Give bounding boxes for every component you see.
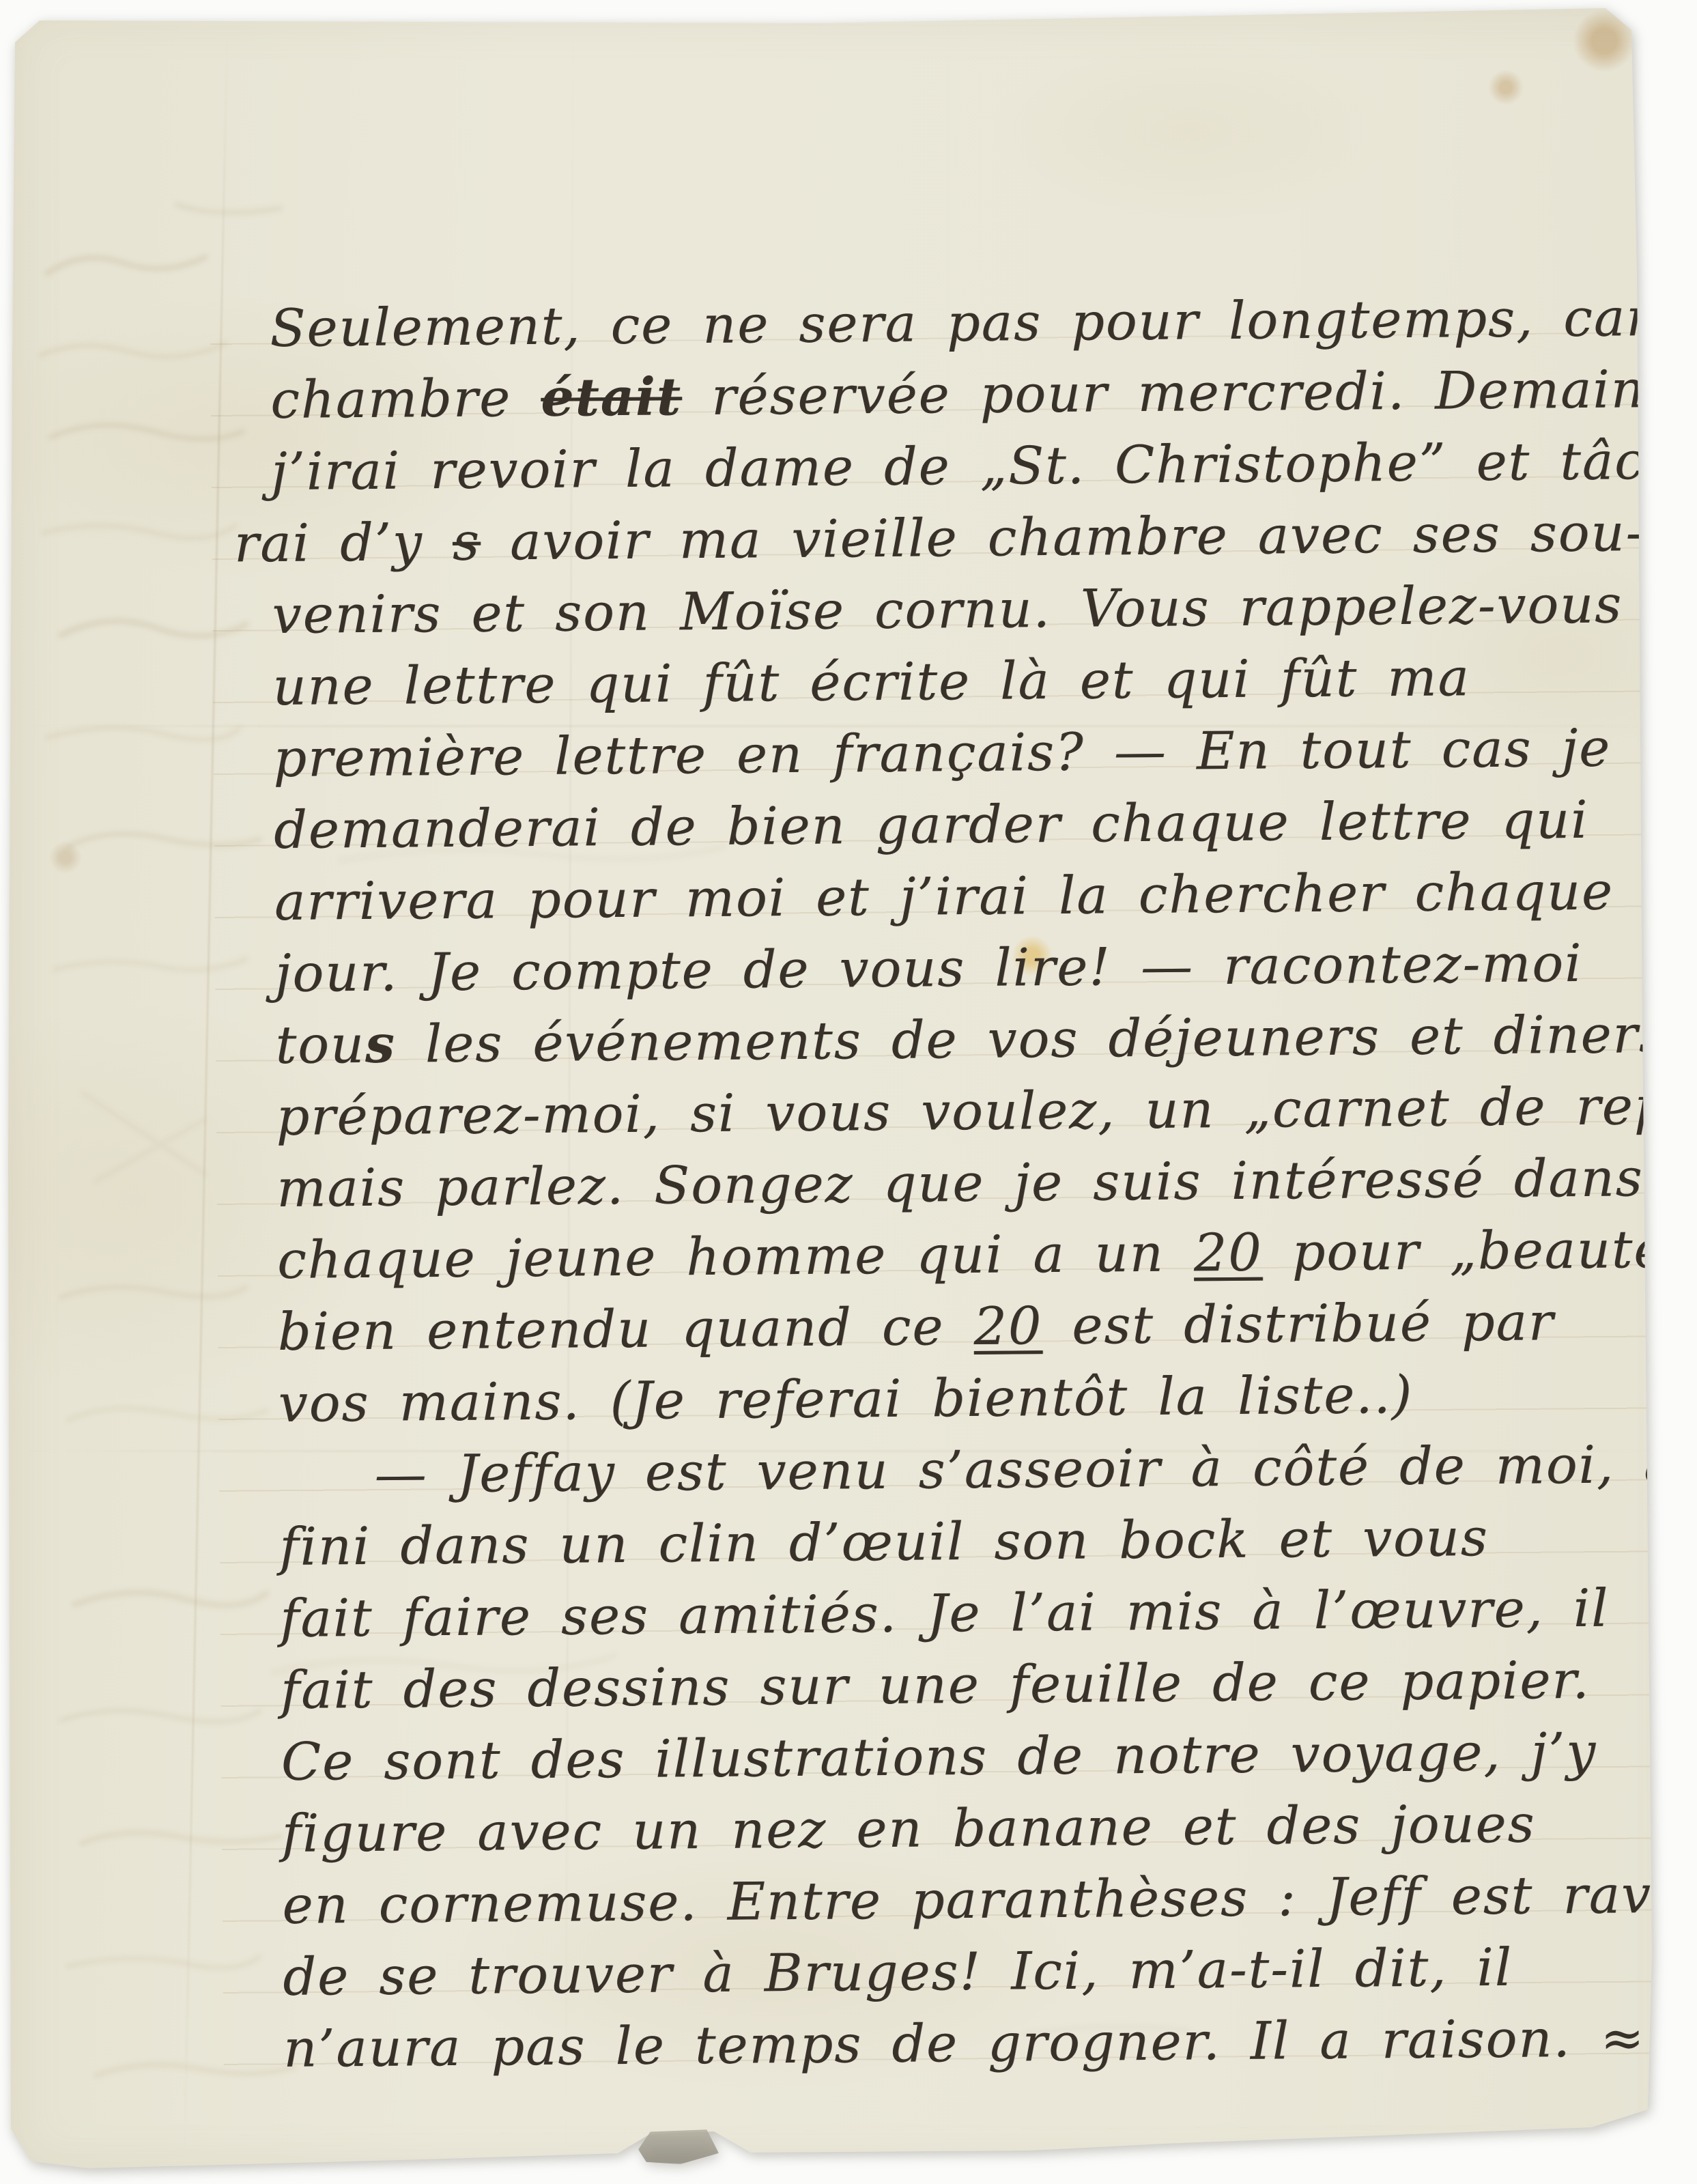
handwritten-text: fait faire ses amitiés. Je l’ai mis à l’… (280, 1578, 1610, 1649)
letter-line: fini dans un clin d’œuil son bock et vou… (279, 1500, 1638, 1583)
letter-line: chaque jeune homme qui a un 20 pour „bea… (277, 1213, 1636, 1296)
letter-line: — Jeffay est venu s’asseoir à côté de mo… (374, 1428, 1638, 1510)
letter-line: n’aura pas le temps de grogner. Il a rai… (283, 2002, 1642, 2084)
struck-out-word: était (541, 366, 682, 428)
torn-edge-flap (638, 2127, 719, 2164)
handwritten-text: s (365, 1014, 396, 1075)
handwritten-text: chambre (270, 367, 541, 430)
handwritten-text: bien entendu quand ce (278, 1296, 974, 1362)
letter-line: de se trouver à Bruges! Ici, m’a-t-il di… (283, 1930, 1642, 2013)
handwritten-text: en cornemuse. Entre paranthèses : Jeff e… (282, 1864, 1670, 1935)
handwritten-text: venirs et son Moïse cornu. Vous rappelez… (272, 573, 1623, 645)
handwritten-text: jour. Je compte de vous lire! — racontez… (274, 933, 1582, 1004)
letter-line: j’irai revoir la dame de „St. Christophe… (271, 425, 1630, 507)
letter-line: venirs et son Moïse cornu. Vous rappelez… (272, 568, 1631, 651)
letter-line: rai d’y s avoir ma vieille chambre avec … (233, 496, 1630, 579)
letter-line: première lettre en français? — En tout c… (273, 711, 1632, 794)
handwritten-text: mais parlez. Songez que je suis intéress… (276, 1147, 1644, 1219)
handwritten-text: ≈ (1571, 2007, 1646, 2069)
letter-line: fait des dessins sur une feuille de ce p… (281, 1643, 1640, 1726)
letter-line: chambre était réservée pour mercredi. De… (270, 353, 1629, 436)
handwritten-text: rai d’y (234, 511, 453, 574)
handwritten-text: les événements de vos déjeuners et diner… (395, 1004, 1685, 1075)
letter-line: arrivera pour moi et j’irai la chercher … (274, 855, 1634, 937)
letter-line: bien entendu quand ce 20 est distribué p… (278, 1285, 1637, 1367)
handwritten-text: tou (275, 1014, 365, 1075)
handwritten-text: vos mains. (Je referai bientôt la liste.… (278, 1364, 1413, 1434)
letter-line: demanderai de bien garder chaque lettre … (274, 783, 1633, 866)
letter-line: tous les événements de vos déjeuners et … (275, 998, 1634, 1081)
handwritten-text: est distribué par (1042, 1291, 1555, 1356)
letter-line: Ce sont des illustrations de notre voyag… (281, 1715, 1640, 1798)
handwritten-text: Seulement, ce ne sera pas pour longtemps… (270, 286, 1697, 358)
handwritten-text: chaque jeune homme qui a un (277, 1222, 1194, 1290)
handwritten-text: — Jeffay est venu s’asseoir à côté de mo… (374, 1434, 1677, 1505)
letter-body: Seulement, ce ne sera pas pour longtemps… (270, 281, 1642, 2084)
letter-line: figure avec un nez en banane et des joue… (281, 1787, 1640, 1869)
handwritten-text: fini dans un clin d’œuil son bock et vou… (279, 1507, 1489, 1577)
handwritten-text: de se trouver à Bruges! Ici, m’a-t-il di… (283, 1937, 1513, 2007)
handwritten-text: pour „beauté”, (1262, 1218, 1697, 1282)
handwritten-text: figure avec un nez en banane et des joue… (281, 1793, 1535, 1864)
handwritten-text: préparez-moi, si vous voulez, un „carnet… (276, 1075, 1697, 1147)
letter-line: préparez-moi, si vous voulez, un „carnet… (276, 1070, 1635, 1152)
handwritten-text: demanderai de bien garder chaque lettre … (274, 789, 1589, 860)
letter-line: en cornemuse. Entre paranthèses : Jeff e… (282, 1858, 1641, 1941)
letter-line: fait faire ses amitiés. Je l’ai mis à l’… (280, 1572, 1639, 1654)
handwritten-text: une lettre qui fût écrite là et qui fût … (272, 647, 1470, 717)
letter-line: mais parlez. Songez que je suis intéress… (276, 1141, 1636, 1224)
letter-line: vos mains. (Je referai bientôt la liste.… (278, 1357, 1637, 1439)
handwritten-text: avoir ma vieille chambre avec ses sou- (481, 502, 1645, 571)
underlined-number: 20 (1193, 1222, 1262, 1284)
handwritten-text: Ce sont des illustrations de notre voyag… (281, 1721, 1597, 1792)
handwritten-text: n’aura pas le temps de grogner. Il a rai… (283, 2008, 1571, 2079)
underlined-number: 20 (973, 1295, 1042, 1357)
handwritten-text: réservée pour mercredi. Demain (682, 358, 1646, 427)
letter-line: jour. Je compte de vous lire! — racontez… (274, 926, 1634, 1009)
scanned-letter: Seulement, ce ne sera pas pour longtemps… (0, 0, 1697, 2184)
struck-out-word: s (453, 511, 481, 572)
handwritten-text: fait des dessins sur une feuille de ce p… (281, 1649, 1591, 1720)
letter-line: une lettre qui fût écrite là et qui fût … (272, 640, 1631, 722)
letter-page: Seulement, ce ne sera pas pour longtemps… (0, 0, 1697, 2184)
handwritten-text: j’irai revoir la dame de „St. Christophe… (271, 429, 1697, 502)
letter-line: Seulement, ce ne sera pas pour longtemps… (270, 281, 1629, 364)
handwritten-text: première lettre en français? — En tout c… (273, 718, 1611, 789)
handwritten-text: arrivera pour moi et j’irai la chercher … (274, 861, 1614, 932)
